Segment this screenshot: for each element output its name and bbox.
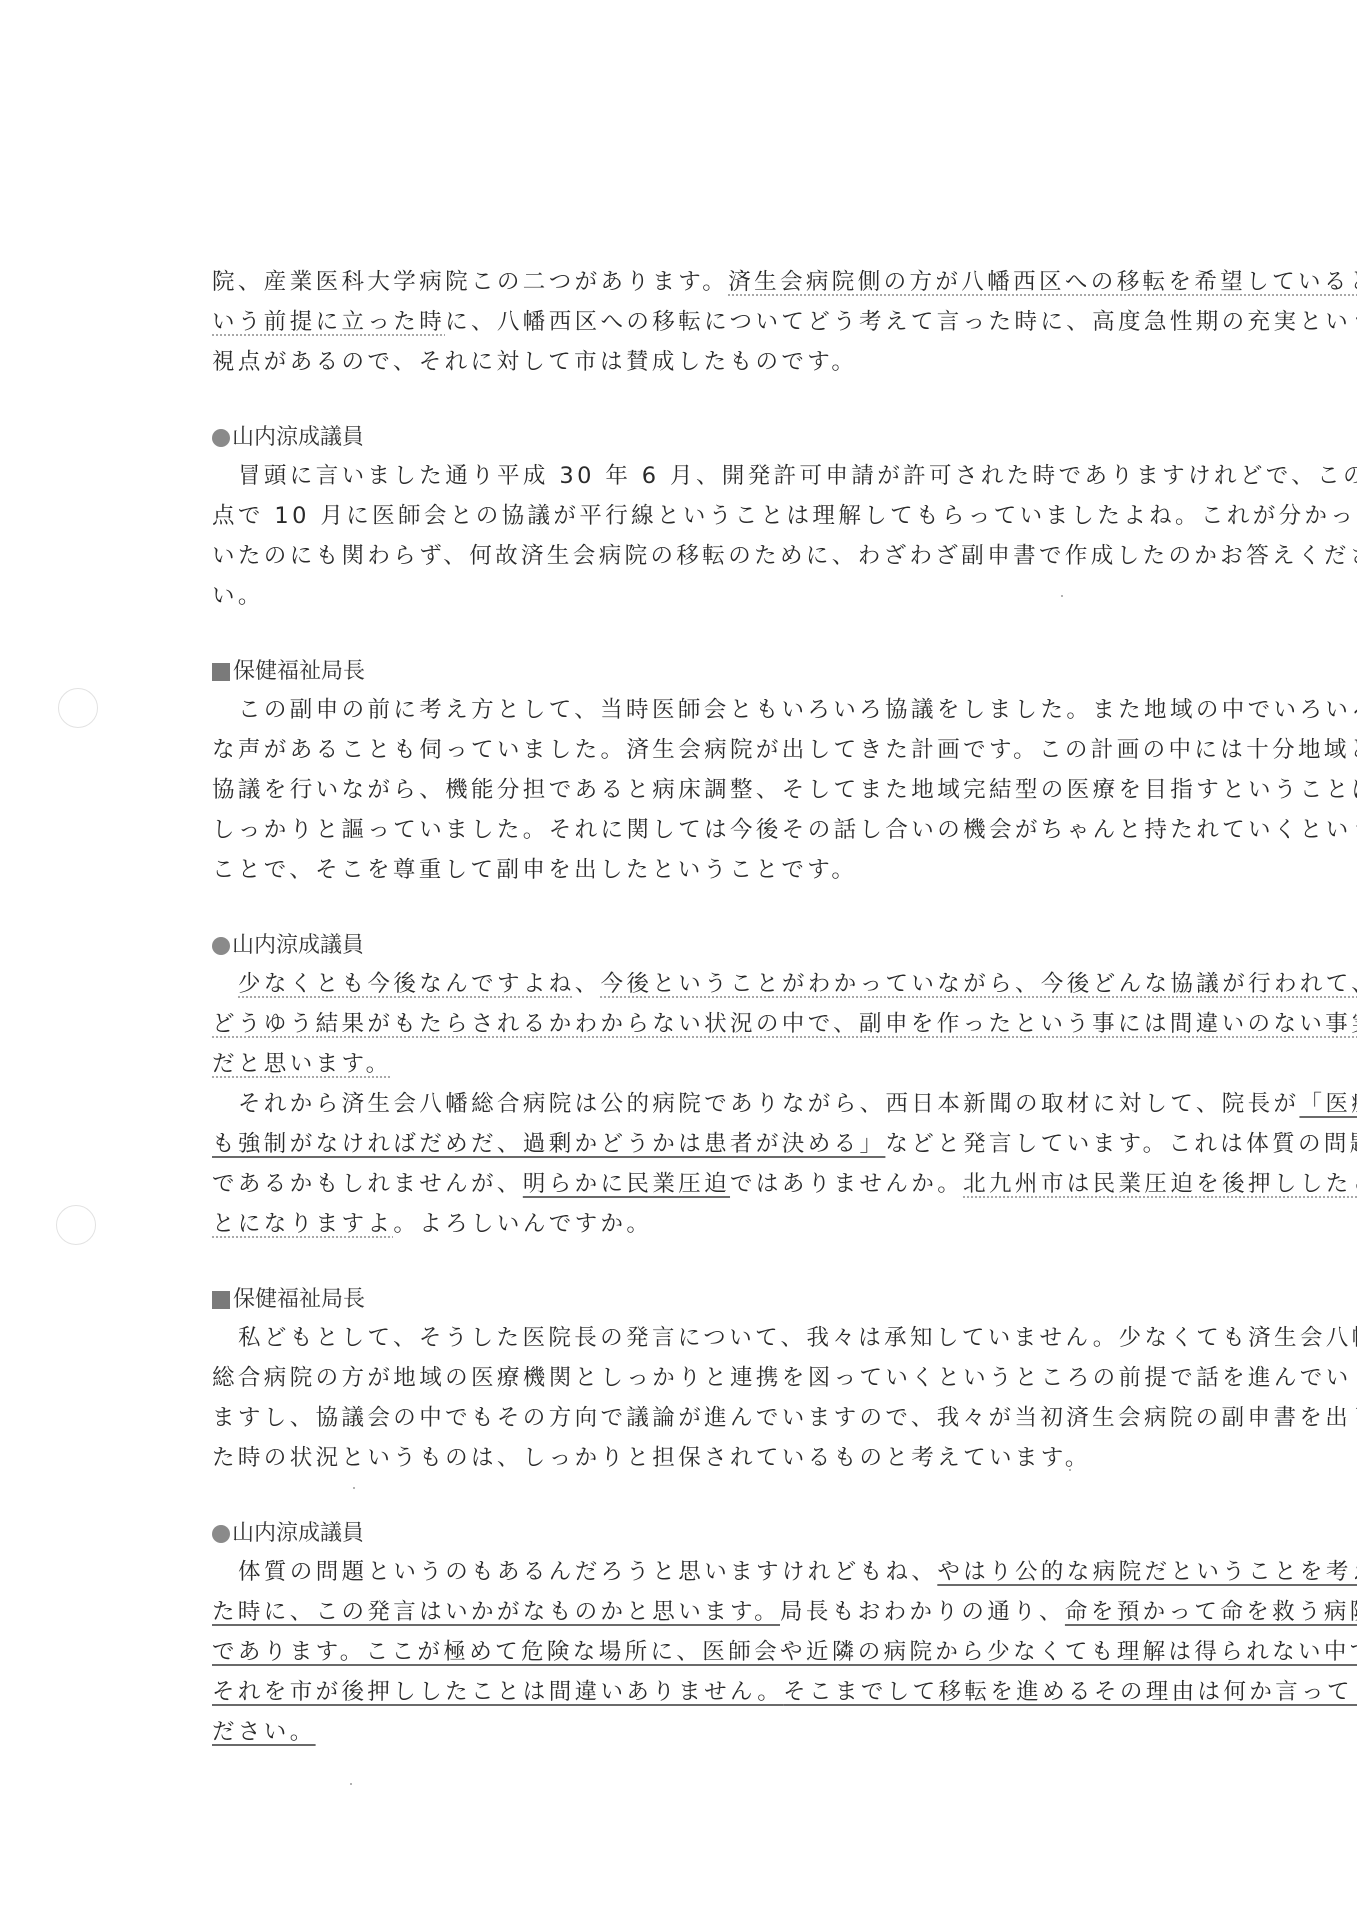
text-line: この副申の前に考え方として、当時医師会ともいろいろ協議をしました。また地域の中で…	[212, 690, 1157, 730]
councillor-circle-icon	[212, 1525, 230, 1543]
text-line: どうゆう結果がもたらされるかわからない状況の中で、副申を作ったという事には間違い…	[212, 1004, 1157, 1044]
text-line: ことで、そこを尊重して副申を出したということです。	[212, 850, 1157, 890]
text-line: い。	[212, 576, 1157, 616]
underlined-text: た時に、この発言はいかがなものかと思います。	[212, 1599, 780, 1625]
text-segment: 局長もおわかりの通り、	[780, 1599, 1065, 1625]
official-square-icon	[212, 1291, 230, 1309]
text-line: 体質の問題というのもあるんだろうと思いますけれどもね、やはり公的な病院だというこ…	[212, 1552, 1157, 1592]
text-line: しっかりと謳っていました。それに関しては今後その話し合いの機会がちゃんと持たれて…	[212, 810, 1157, 850]
text-line: いたのにも関わらず、何故済生会病院の移転のために、わざわざ副申書で作成したのかお…	[212, 536, 1157, 576]
speaker-name: 山内涼成議員	[232, 928, 364, 964]
text-segment: ますし、協議会の中でもその方向で議論が進んでいますので、我々が当初済生会病院の副…	[212, 1405, 1357, 1431]
text-segment: ことで、そこを尊重して副申を出したということです。	[212, 857, 857, 883]
councillor-circle-icon	[212, 937, 230, 955]
underlined-text: 北九州市は民業圧迫を後押ししたこ	[963, 1171, 1357, 1197]
text-line: ださい。	[212, 1712, 1157, 1752]
speaker-name: 保健福祉局長	[233, 654, 365, 690]
underlined-text: それを市が後押ししたことは間違いありません。	[212, 1679, 783, 1705]
underlined-text: だと思います。	[212, 1051, 392, 1077]
text-line: だと思います。	[212, 1044, 1157, 1084]
underlined-text: 済生会病院側の方が八幡西区への移転を希望していると	[728, 269, 1357, 295]
text-line: 点で 10 月に医師会との協議が平行線ということは理解してもらっていましたよね。…	[212, 496, 1157, 536]
text-segment: この副申の前に考え方として、当時医師会ともいろいろ協議をしました。また地域の中で…	[238, 697, 1357, 723]
underlined-text: そこまでして移転を進めるその理由は何か言ってく	[783, 1679, 1357, 1705]
speaker-sections: 山内涼成議員冒頭に言いました通り平成 30 年 6 月、開発許可申請が許可された…	[212, 420, 1157, 1752]
text-line: 冒頭に言いました通り平成 30 年 6 月、開発許可申請が許可された時であります…	[212, 456, 1157, 496]
underlined-text: であります。ここが極めて危険な場所に、医師会や近隣の病院から少なくても理解は得ら…	[212, 1639, 1357, 1665]
underlined-text: 命を預かって命を救う病院	[1065, 1599, 1357, 1625]
text-segment: 院、産業医科大学病院この二つがあります。	[212, 269, 728, 295]
speaker-heading: 山内涼成議員	[212, 420, 1157, 456]
text-segment: しっかりと謳っていました。それに関しては今後その話し合いの機会がちゃんと持たれて…	[212, 817, 1357, 843]
underlined-text: 少なくとも今後なんですよね	[238, 971, 575, 997]
speaker-section: 山内涼成議員冒頭に言いました通り平成 30 年 6 月、開発許可申請が許可された…	[212, 420, 1157, 616]
underlined-text: ださい。	[212, 1719, 316, 1745]
text-segment: に、八幡西区への移転についてどう考えて言った時に、高度急性期の充実という	[445, 309, 1357, 335]
text-line: た時に、この発言はいかがなものかと思います。局長もおわかりの通り、命を預かって命…	[212, 1592, 1157, 1632]
text-segment: 、	[575, 971, 601, 997]
underlined-text: いう前提に立った時	[212, 309, 445, 335]
text-line: であるかもしれませんが、明らかに民業圧迫ではありませんか。北九州市は民業圧迫を後…	[212, 1164, 1157, 1204]
text-segment: た時の状況というものは、しっかりと担保されているものと考えています。	[212, 1445, 1091, 1471]
speaker-heading: 保健福祉局長	[212, 1282, 1157, 1318]
continuation-paragraph: 院、産業医科大学病院この二つがあります。済生会病院側の方が八幡西区への移転を希望…	[212, 262, 1157, 382]
text-line: 少なくとも今後なんですよね、今後ということがわかっていながら、今後どんな協議が行…	[212, 964, 1157, 1004]
underlined-text: どうゆう結果がもたらされるかわからない状況の中で、副申を作ったという事には間違い…	[212, 1011, 1357, 1037]
speaker-name: 山内涼成議員	[232, 420, 364, 456]
transcript-page: 院、産業医科大学病院この二つがあります。済生会病院側の方が八幡西区への移転を希望…	[212, 262, 1157, 1752]
punch-hole-bottom	[56, 1205, 96, 1245]
underlined-text: も強制がなければだめだ、過剰かどうかは患者が決める」	[212, 1131, 885, 1157]
text-segment: であるかもしれませんが、	[212, 1171, 523, 1197]
text-line: な声があることも伺っていました。済生会病院が出してきた計画です。この計画の中には…	[212, 730, 1157, 770]
text-line: それから済生会八幡総合病院は公的病院でありながら、西日本新聞の取材に対して、院長…	[212, 1084, 1157, 1124]
text-segment: な声があることも伺っていました。済生会病院が出してきた計画です。この計画の中には…	[212, 737, 1357, 763]
text-segment: 私どもとして、そうした医院長の発言について、我々は承知していません。少なくても済…	[238, 1325, 1357, 1351]
text-segment: 点で 10 月に医師会との協議が平行線ということは理解してもらっていましたよね。…	[212, 503, 1357, 529]
text-segment: 協議を行いながら、機能分担であると病床調整、そしてまた地域完結型の医療を目指すと…	[212, 777, 1357, 803]
text-line: 院、産業医科大学病院この二つがあります。済生会病院側の方が八幡西区への移転を希望…	[212, 262, 1157, 302]
scan-speck	[350, 1783, 352, 1785]
speaker-section: 山内涼成議員体質の問題というのもあるんだろうと思いますけれどもね、やはり公的な病…	[212, 1516, 1157, 1752]
text-line: 視点があるので、それに対して市は賛成したものです。	[212, 342, 1157, 382]
official-square-icon	[212, 663, 230, 681]
text-line: とになりますよ。よろしいんですか。	[212, 1204, 1157, 1244]
text-segment: それから済生会八幡総合病院は公的病院でありながら、西日本新聞の取材に対して、院長…	[238, 1091, 1299, 1117]
text-line: 協議を行いながら、機能分担であると病床調整、そしてまた地域完結型の医療を目指すと…	[212, 770, 1157, 810]
text-segment: いたのにも関わらず、何故済生会病院の移転のために、わざわざ副申書で作成したのかお…	[212, 543, 1357, 569]
text-line: 私どもとして、そうした医院長の発言について、我々は承知していません。少なくても済…	[212, 1318, 1157, 1358]
text-line: ますし、協議会の中でもその方向で議論が進んでいますので、我々が当初済生会病院の副…	[212, 1398, 1157, 1438]
underlined-text: 明らかに民業圧迫	[523, 1171, 730, 1197]
speaker-section: 保健福祉局長私どもとして、そうした医院長の発言について、我々は承知していません。…	[212, 1282, 1157, 1478]
text-segment: ではありませんか。	[730, 1171, 963, 1197]
speaker-heading: 山内涼成議員	[212, 1516, 1157, 1552]
text-line: 総合病院の方が地域の医療機関としっかりと連携を図っていくというところの前提で話を…	[212, 1358, 1157, 1398]
speaker-name: 山内涼成議員	[232, 1516, 364, 1552]
text-line: も強制がなければだめだ、過剰かどうかは患者が決める」などと発言しています。これは…	[212, 1124, 1157, 1164]
text-segment: 。よろしいんですか。	[393, 1211, 652, 1237]
speaker-name: 保健福祉局長	[233, 1282, 365, 1318]
councillor-circle-icon	[212, 429, 230, 447]
text-line: それを市が後押ししたことは間違いありません。そこまでして移転を進めるその理由は何…	[212, 1672, 1157, 1712]
punch-hole-top	[58, 688, 98, 728]
text-segment: 体質の問題というのもあるんだろうと思いますけれどもね、	[238, 1559, 937, 1585]
speaker-section: 山内涼成議員少なくとも今後なんですよね、今後ということがわかっていながら、今後ど…	[212, 928, 1157, 1244]
text-line: いう前提に立った時に、八幡西区への移転についてどう考えて言った時に、高度急性期の…	[212, 302, 1157, 342]
speaker-heading: 保健福祉局長	[212, 654, 1157, 690]
text-line: た時の状況というものは、しっかりと担保されているものと考えています。	[212, 1438, 1157, 1478]
underlined-text: 今後ということがわかっていながら、今後どんな協議が行われて、	[601, 971, 1357, 997]
text-segment: い。	[212, 583, 264, 609]
text-line: であります。ここが極めて危険な場所に、医師会や近隣の病院から少なくても理解は得ら…	[212, 1632, 1157, 1672]
speaker-section: 保健福祉局長この副申の前に考え方として、当時医師会ともいろいろ協議をしました。ま…	[212, 654, 1157, 890]
underlined-text: やはり公的な病院だということを考え	[937, 1559, 1357, 1585]
underlined-text: とになりますよ	[212, 1211, 393, 1237]
text-segment: 総合病院の方が地域の医療機関としっかりと連携を図っていくというところの前提で話を…	[212, 1365, 1352, 1391]
speaker-heading: 山内涼成議員	[212, 928, 1157, 964]
text-segment: 冒頭に言いました通り平成 30 年 6 月、開発許可申請が許可された時であります…	[238, 463, 1357, 489]
underlined-text: 「医療	[1299, 1091, 1357, 1117]
text-segment: などと発言しています。これは体質の問題	[885, 1131, 1357, 1157]
text-segment: 視点があるので、それに対して市は賛成したものです。	[212, 349, 857, 375]
